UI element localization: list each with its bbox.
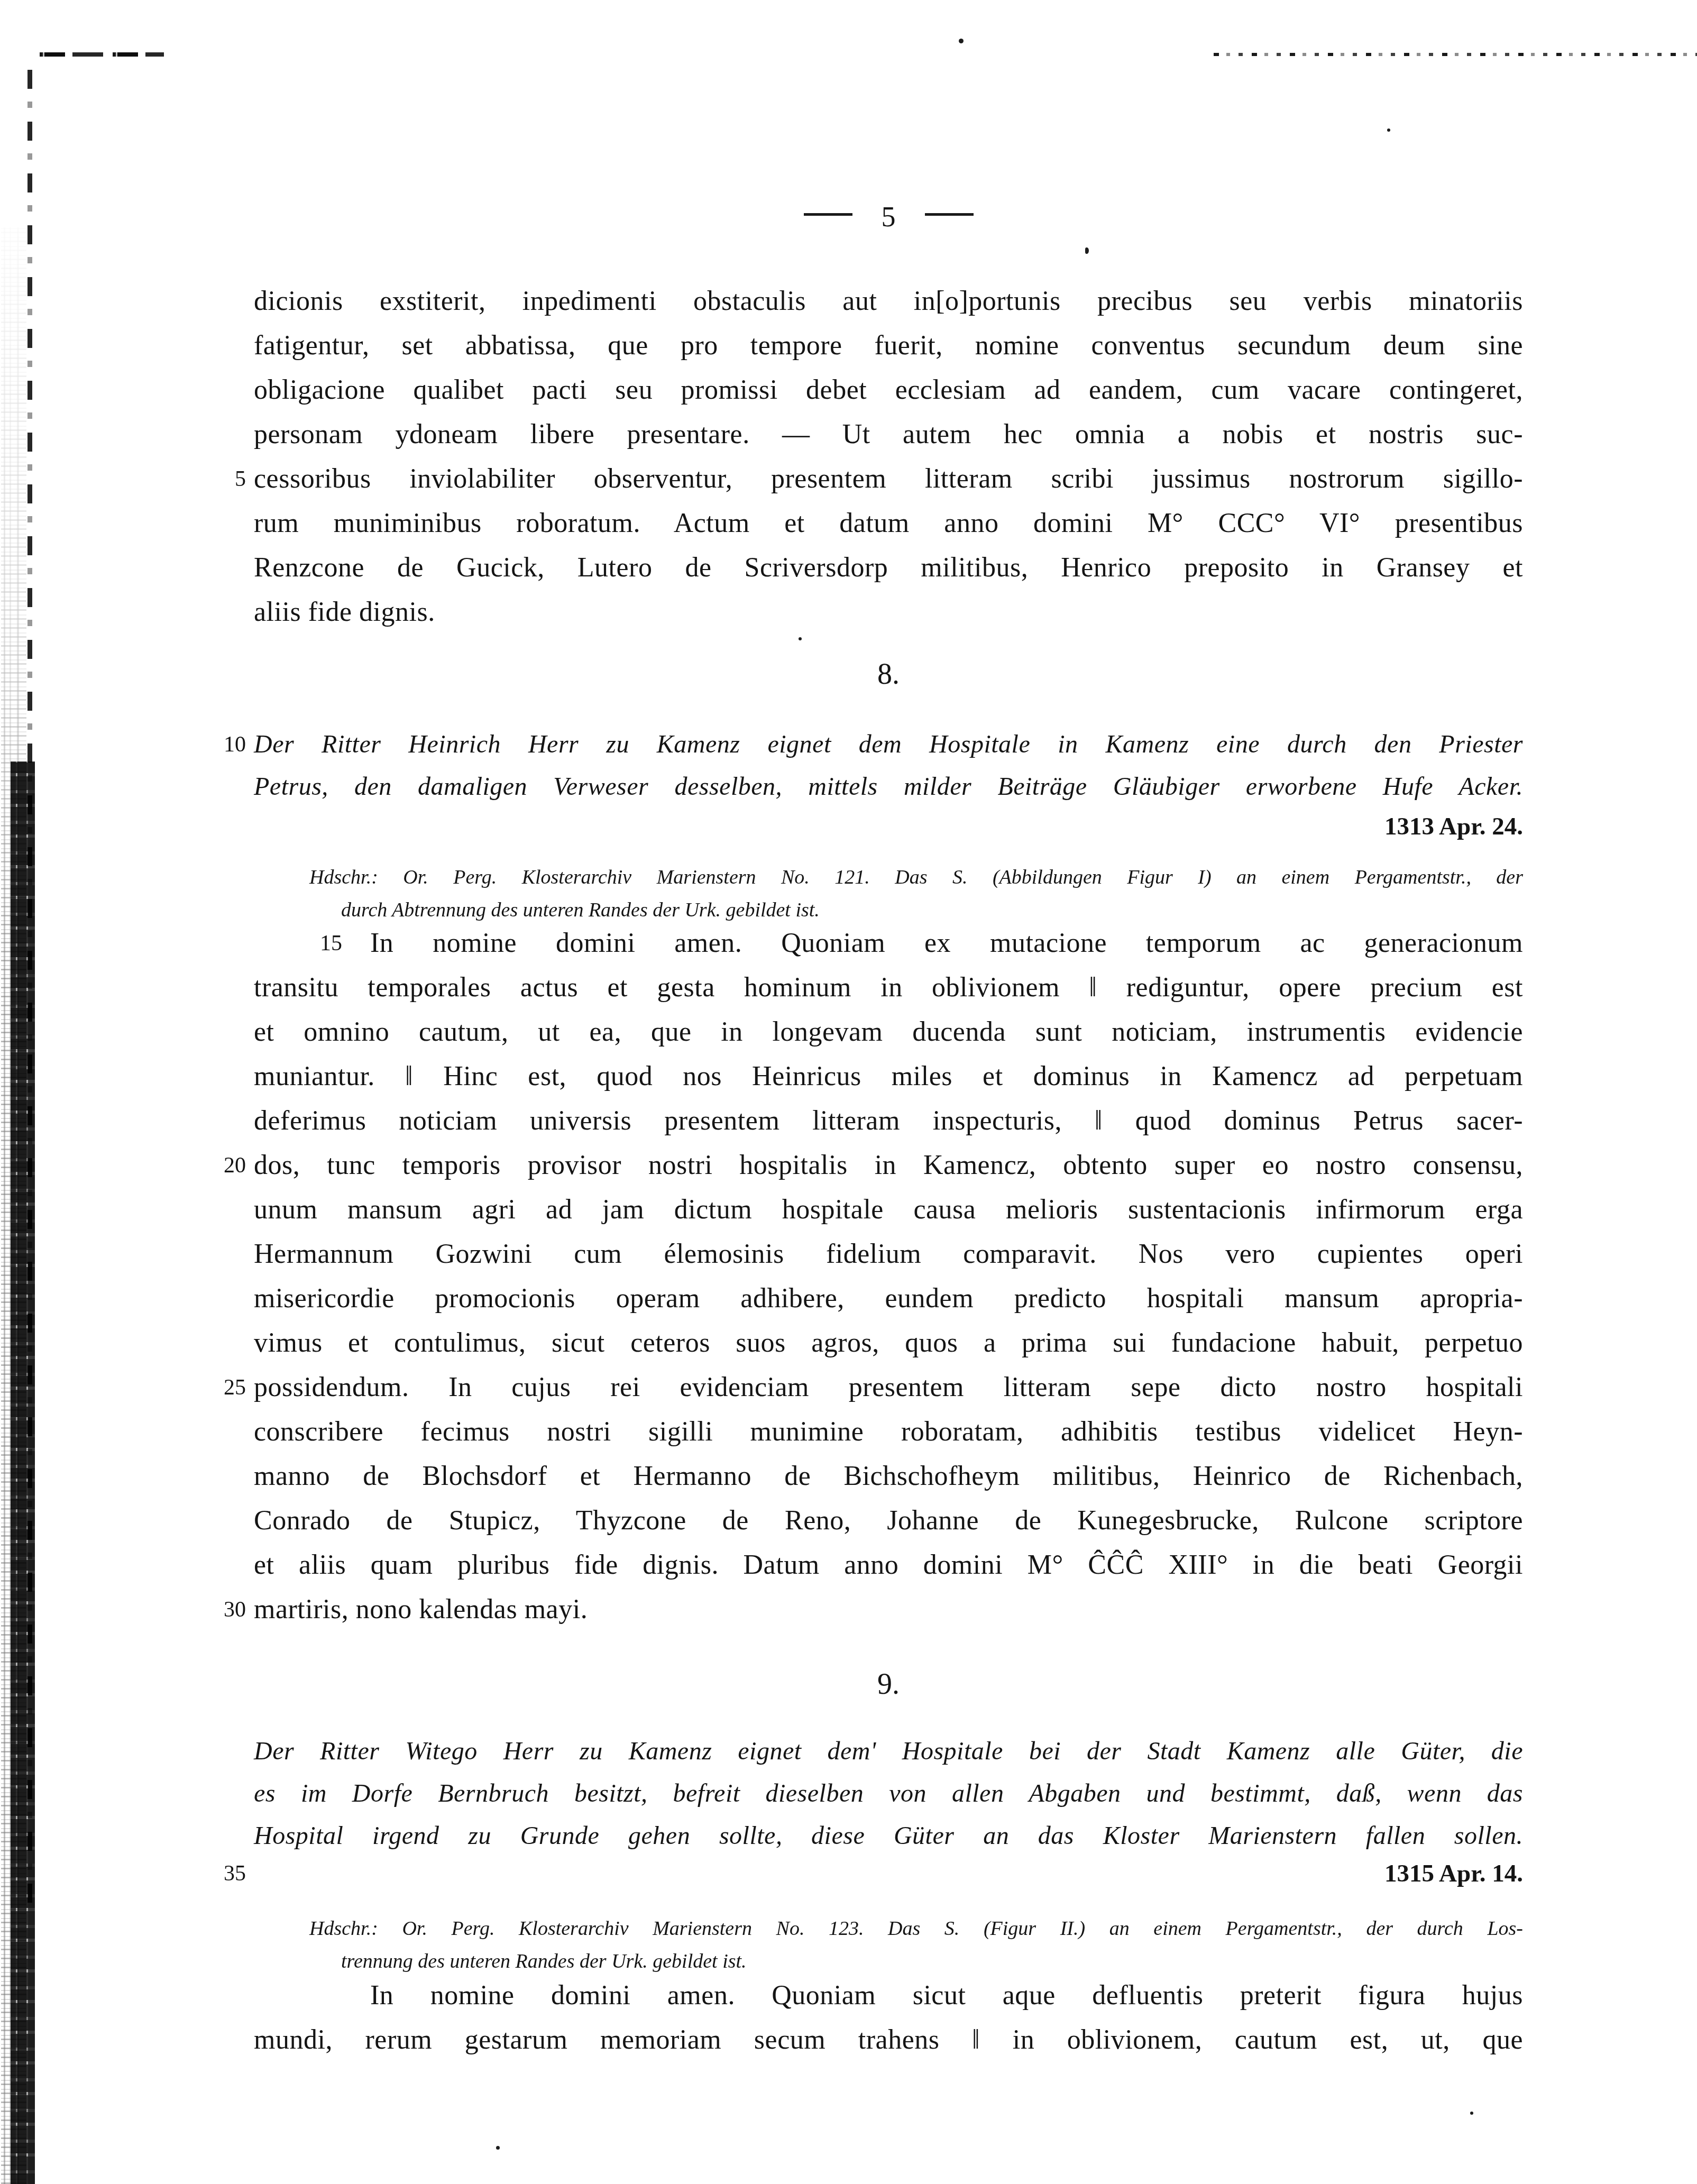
- text-line: et aliis quam pluribus fide dignis. Datu…: [254, 1543, 1523, 1587]
- header-rule-left: [804, 213, 852, 216]
- text-line: 15In nomine domini amen. Quoniam ex muta…: [254, 921, 1523, 966]
- charter-7-continuation: dicionis exstiterit, inpedimenti obstacu…: [254, 279, 1523, 635]
- page-number-header: 5: [254, 197, 1523, 234]
- scan-artifact-top-right-dotted-line: [1214, 53, 1697, 56]
- source-line: Hdschr.: Or. Perg. Klosterarchiv Mariens…: [309, 1912, 1523, 1945]
- margin-line-number: 20: [204, 1143, 246, 1188]
- scan-speck: [1387, 129, 1390, 132]
- text-line: fatigentur, set abbatissa, que pro tempo…: [254, 324, 1523, 368]
- summary-line: 10Der Ritter Heinrich Herr zu Kamenz eig…: [254, 723, 1523, 766]
- text-line-content: martiris, nono kalendas mayi.: [254, 1594, 588, 1625]
- margin-line-number: 5: [204, 457, 246, 501]
- scan-speck: [1085, 247, 1089, 254]
- text-line: manno de Blochsdorf et Hermanno de Bichs…: [254, 1454, 1523, 1499]
- text-line: Hermannum Gozwini cum élemosinis fideliu…: [254, 1232, 1523, 1277]
- text-line: et omnino cautum, ut ea, que in longevam…: [254, 1010, 1523, 1054]
- text-line: 30martiris, nono kalendas mayi.: [254, 1587, 1523, 1632]
- scan-speck: [959, 39, 964, 43]
- text-line: 5cessoribus inviolabiliter observentur, …: [254, 457, 1523, 501]
- text-line: dicionis exstiterit, inpedimenti obstacu…: [254, 279, 1523, 324]
- scanned-book-page: 5 dicionis exstiterit, inpedimenti obsta…: [0, 0, 1697, 2184]
- text-line: rum muniminibus roboratum. Actum et datu…: [254, 501, 1523, 546]
- charter-8-source-note: Hdschr.: Or. Perg. Klosterarchiv Mariens…: [309, 861, 1523, 926]
- source-line: trennung des unteren Randes der Urk. geb…: [309, 1945, 1523, 1978]
- text-line: misericordie promocionis operam adhibere…: [254, 1277, 1523, 1321]
- margin-line-number: 15: [204, 921, 246, 966]
- summary-line: Hospital irgend zu Grunde gehen sollte, …: [254, 1815, 1523, 1857]
- source-line: Hdschr.: Or. Perg. Klosterarchiv Mariens…: [309, 861, 1523, 894]
- charter-8-body: 15In nomine domini amen. Quoniam ex muta…: [254, 921, 1523, 1632]
- summary-line: Petrus, den damaligen Verweser desselben…: [254, 766, 1523, 808]
- text-line: unum mansum agri ad jam dictum hospitale…: [254, 1188, 1523, 1232]
- text-line: vimus et contulimus, sicut ceteros suos …: [254, 1321, 1523, 1365]
- text-line: muniantur. ‖ Hinc est, quod nos Heinricu…: [254, 1054, 1523, 1099]
- scan-speck: [799, 637, 802, 640]
- margin-line-number: 35: [204, 1857, 246, 1890]
- summary-line: Der Ritter Witego Herr zu Kamenz eignet …: [254, 1730, 1523, 1773]
- text-line: Conrado de Stupicz, Thyzcone de Reno, Jo…: [254, 1499, 1523, 1543]
- charter-9-source-note: Hdschr.: Or. Perg. Klosterarchiv Mariens…: [309, 1912, 1523, 1978]
- scan-artifact-left-edge-speckle: [1, 227, 26, 2184]
- charter-9-summary: Der Ritter Witego Herr zu Kamenz eignet …: [254, 1730, 1523, 1857]
- margin-line-number: 10: [204, 723, 246, 766]
- margin-line-number: 25: [204, 1365, 246, 1410]
- charter-8-heading: 8.: [254, 656, 1523, 693]
- text-line: Renzcone de Gucick, Lutero de Scriversdo…: [254, 546, 1523, 590]
- header-rule-right: [925, 213, 974, 216]
- text-line: personam ydoneam libere presentare. — Ut…: [254, 412, 1523, 457]
- summary-line: es im Dorfe Bernbruch besitzt, befreit d…: [254, 1773, 1523, 1815]
- text-line: conscribere fecimus nostri sigilli munim…: [254, 1410, 1523, 1454]
- text-line: 20dos, tunc temporis provisor nostri hos…: [254, 1143, 1523, 1188]
- charter-9-heading: 9.: [254, 1666, 1523, 1703]
- charter-8-date: 1313 Apr. 24.: [254, 810, 1523, 843]
- text-line: aliis fide dignis.: [254, 590, 1523, 635]
- margin-line-number: 30: [204, 1587, 246, 1632]
- scan-artifact-left-edge-line: [27, 68, 32, 1903]
- text-line: 25possidendum. In cujus rei evidenciam p…: [254, 1365, 1523, 1410]
- charter-9-date-text: 1315 Apr. 14.: [1384, 1860, 1523, 1887]
- scan-artifact-top-left-dashes: [40, 52, 164, 57]
- text-line: mundi, rerum gestarum memoriam secum tra…: [254, 2018, 1523, 2062]
- page-number: 5: [882, 200, 896, 234]
- summary-line-content: Der Ritter Heinrich Herr zu Kamenz eigne…: [254, 730, 1523, 758]
- text-line: In nomine domini amen. Quoniam sicut aqu…: [254, 1974, 1523, 2018]
- text-line-content: In nomine domini amen. Quoniam ex mutaci…: [370, 928, 1523, 958]
- text-line: obligacione qualibet pacti seu promissi …: [254, 368, 1523, 412]
- scan-artifact-left-edge-dark-band: [11, 761, 35, 2184]
- charter-9-date: 351315 Apr. 14.: [254, 1857, 1523, 1890]
- text-line-content: cessoribus inviolabiliter observentur, p…: [254, 464, 1523, 494]
- charter-9-body: In nomine domini amen. Quoniam sicut aqu…: [254, 1974, 1523, 2062]
- text-line-content: dos, tunc temporis provisor nostri hospi…: [254, 1150, 1523, 1180]
- text-line: transitu temporales actus et gesta homin…: [254, 966, 1523, 1010]
- scan-speck: [496, 2146, 500, 2150]
- charter-8-summary: 10Der Ritter Heinrich Herr zu Kamenz eig…: [254, 723, 1523, 808]
- scan-artifact-left-edge-fade: [0, 227, 32, 968]
- text-line-content: possidendum. In cujus rei evidenciam pre…: [254, 1372, 1523, 1402]
- text-line: deferimus noticiam universis presentem l…: [254, 1099, 1523, 1143]
- scan-speck: [1470, 2112, 1473, 2115]
